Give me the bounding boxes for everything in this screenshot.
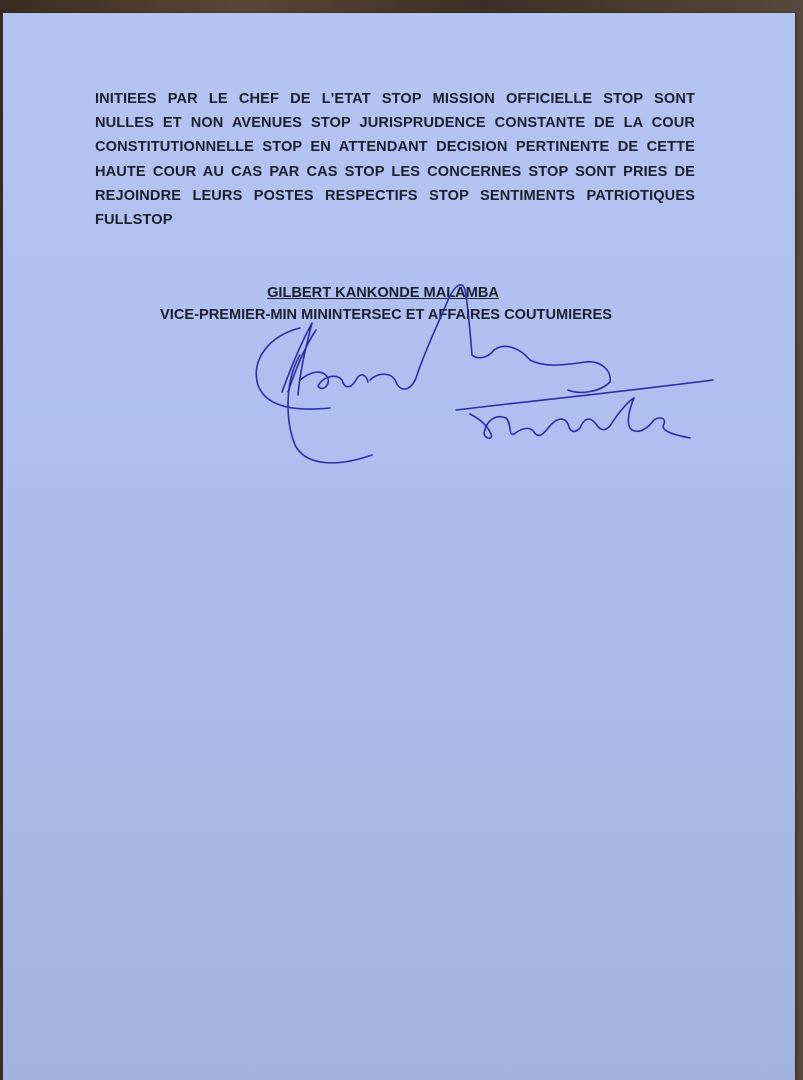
handwritten-signature bbox=[0, 0, 803, 1080]
